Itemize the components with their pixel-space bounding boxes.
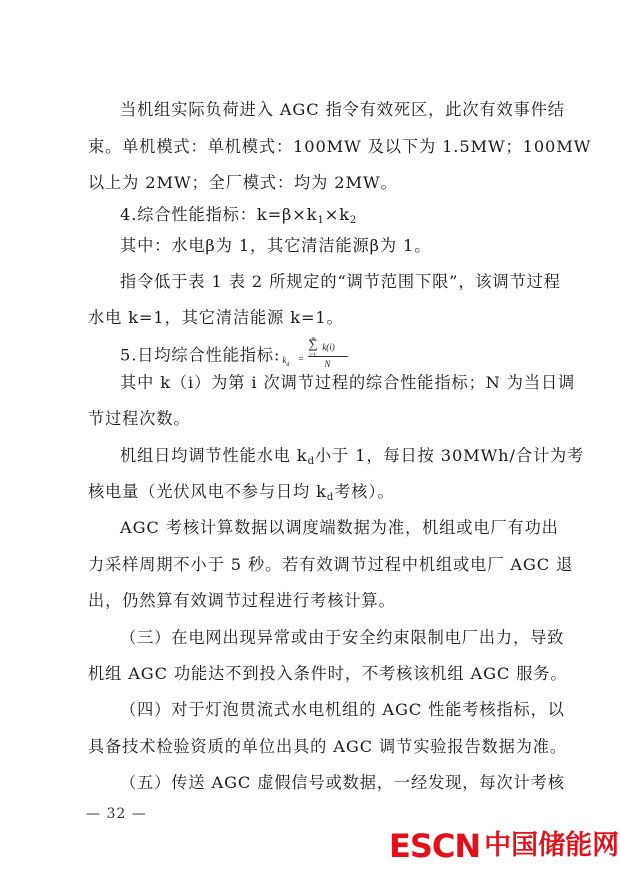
text-line: 其中 k（i）为第 i 次调节过程的综合性能指标；N 为当日调 (120, 373, 544, 393)
escn-logo: ESCN 中国储能网 (389, 829, 619, 863)
text-line: 水电 k=1，其它清洁能源 k=1。 (88, 308, 544, 328)
logo-en: ESCN (389, 829, 480, 863)
fraction-bar (308, 356, 348, 357)
text-line: 当机组实际负荷进入 AGC 指令有效死区，此次有效事件结 (120, 100, 544, 120)
text-line: 机组 AGC 功能达不到投入条件时，不考核该机组 AGC 服务。 (88, 664, 544, 684)
text-line: （四）对于灯泡贯流式水电机组的 AGC 性能考核指标，以 (120, 700, 544, 720)
daily-index-formula: kd = N ∑ i=1 k(i) N (280, 341, 360, 371)
text-line: 指令低于表 1 表 2 所规定的“调节范围下限”，该调节过程 (120, 272, 544, 292)
item-5-daily-index: 5.日均综合性能指标: kd = N ∑ i=1 k(i) N (120, 341, 544, 371)
text-line: AGC 考核计算数据以调度端数据为准，机组或电厂有功出 (120, 518, 544, 538)
text-line: 出，仍然算有效调节过程进行考核计算。 (88, 591, 544, 611)
item-4-composite-index: 4.综合性能指标：k=β×k1×k2 (120, 205, 544, 225)
text-line: （三）在电网出现异常或由于安全约束限制电厂出力，导致 (120, 628, 544, 648)
text-line: 其中：水电β为 1，其它清洁能源β为 1。 (120, 236, 544, 256)
text-line: 以上为 2MW；全厂模式：均为 2MW。 (88, 173, 544, 193)
kd-paragraph-line-1: 机组日均调节性能水电 kd小于 1，每日按 30MWh/合计为考 (120, 446, 544, 466)
kd-paragraph-line-2: 核电量（光伏风电不参与日均 kd考核）。 (88, 482, 544, 502)
page-number: — 32 — (86, 806, 147, 822)
text-line: 节过程次数。 (88, 409, 544, 429)
text-line: （五）传送 AGC 虚假信号或数据，一经发现，每次计考核 (120, 773, 544, 793)
text-line: 具备技术检验资质的单位出具的 AGC 调节实验报告数据为准。 (88, 737, 544, 757)
text-line: 力采样周期不小于 5 秒。若有效调节过程中机组或电厂 AGC 退 (88, 555, 544, 575)
text-line: 束。单机模式：单机模式：100MW 及以下为 1.5MW；100MW (88, 137, 544, 157)
logo-cn: 中国储能网 (484, 829, 619, 863)
